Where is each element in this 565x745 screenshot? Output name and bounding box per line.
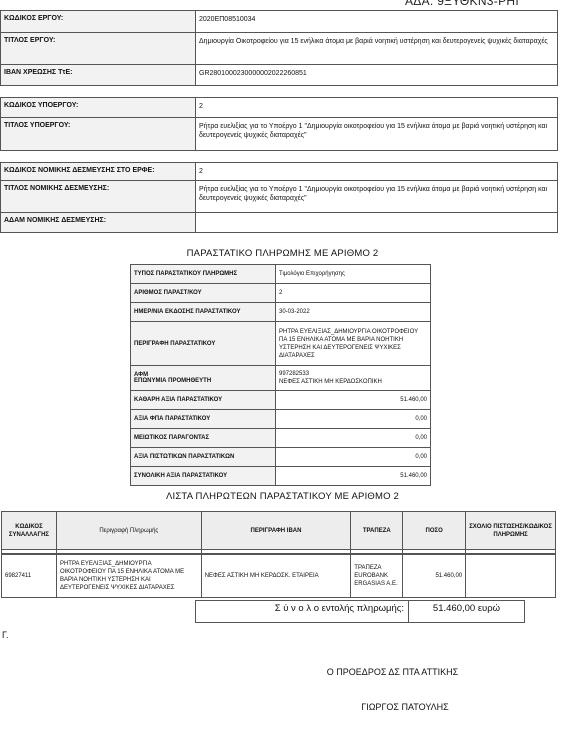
col-transaction-code: ΚΩΔΙΚΟΣ ΣΥΝΑΛΛΑΓΗΣ xyxy=(2,512,57,550)
reduction-label: ΜΕΙΩΤΙΚΟΣ ΠΑΡΑΓΟΝΤΑΣ xyxy=(131,429,276,448)
total-value-label: ΣΥΝΟΛΙΚΗ ΑΞΙΑ ΠΑΡΑΣΤΑΤΙΚΟΥ xyxy=(131,467,276,486)
payment-order-total-table: Σ ύ ν ο λ ο εντολής πληρωμής: 51.460,00 … xyxy=(195,600,525,623)
doc-type-value: Τιμολόγιο Επιχορήγησης xyxy=(276,265,431,284)
payment-doc-table: ΤΥΠΟΣ ΠΑΡΑΣΤΑΤΙΚΟΥ ΠΛΗΡΩΜΗΣ Τιμολόγιο Επ… xyxy=(130,264,431,486)
vat-value: 0,00 xyxy=(276,410,431,429)
vat-label: ΑΞΙΑ ΦΠΑ ΠΑΡΑΣΤΑΤΙΚΟΥ xyxy=(131,410,276,429)
project-title-label: ΤΙΤΛΟΣ ΕΡΓΟΥ: xyxy=(1,33,196,65)
credit-notes-label: ΑΞΙΑ ΠΙΣΤΩΤΙΚΩΝ ΠΑΡΑΣΤΑΤΙΚΩΝ xyxy=(131,448,276,467)
doc-description-label: ΠΕΡΙΓΡΑΦΗ ΠΑΡΑΣΤΑΤΙΚΟΥ xyxy=(131,322,276,366)
commitment-code-label: ΚΩΔΙΚΟΣ ΝΟΜΙΚΗΣ ΔΕΣΜΕΥΣΗΣ ΣΤΟ ΕΡΦΕ: xyxy=(1,163,196,181)
net-value: 51.460,00 xyxy=(276,391,431,410)
doc-description-value: ΡΗΤΡΑ ΕΥΕΛΙΞΙΑΣ_ΔΗΜΙΟΥΡΓΙΑ ΟΙΚΟΤΡΟΦΕΙΟΥ … xyxy=(276,322,431,366)
iban-description: ΝΕΦΕΣ ΑΣΤΙΚΗ ΜΗ ΚΕΡΔΟΣΚ. ΕΤΑΙΡΕΙΑ xyxy=(201,554,351,598)
table-row: ΑΞΙΑ ΠΙΣΤΩΤΙΚΩΝ ΠΑΡΑΣΤΑΤΙΚΩΝ 0,00 xyxy=(131,448,431,467)
order-total-label: Σ ύ ν ο λ ο εντολής πληρωμής: xyxy=(196,601,409,623)
credit-notes-value: 0,00 xyxy=(276,448,431,467)
supplier-name-label: ΕΠΩΝΥΜΙΑ ΠΡΟΜΗΘΕΥΤΗ xyxy=(134,378,272,384)
supplier-name-value: ΝΕΦΕΣ ΑΣΤΙΚΗ ΜΗ ΚΕΡΔΟΣΚΟΠΙΚΗ xyxy=(279,378,427,386)
table-row: ΤΙΤΛΟΣ ΝΟΜΙΚΗΣ ΔΕΣΜΕΥΣΗΣ: Ρήτρα ευελιξία… xyxy=(1,181,558,213)
table-row: ΑΔΑΜ ΝΟΜΙΚΗΣ ΔΕΣΜΕΥΣΗΣ: xyxy=(1,213,558,233)
commitment-adam-value xyxy=(196,213,558,233)
order-total-value: 51.460,00 ευρώ xyxy=(409,601,525,623)
net-value-label: ΚΑΘΑΡΗ ΑΞΙΑ ΠΑΡΑΣΤΑΤΙΚΟΥ xyxy=(131,391,276,410)
ada-code: ΑΔΑ: 9ΞΥΘΚΝ3-ΡΗΙ xyxy=(405,0,519,8)
subproject-title-value: Ρήτρα ευελιξίας για το Υποέργο 1 "Δημιου… xyxy=(196,118,558,151)
iban-value: GR2801000230000002022260851 xyxy=(196,65,558,86)
col-payment-description: Περιγραφή Πληρωμής xyxy=(56,512,201,550)
commitment-adam-label: ΑΔΑΜ ΝΟΜΙΚΗΣ ΔΕΣΜΕΥΣΗΣ: xyxy=(1,213,196,233)
table-row: ΤΥΠΟΣ ΠΑΡΑΣΤΑΤΙΚΟΥ ΠΛΗΡΩΜΗΣ Τιμολόγιο Επ… xyxy=(131,265,431,284)
subproject-info-table: ΚΩΔΙΚΟΣ ΥΠΟΕΡΓΟΥ: 2 ΤΙΤΛΟΣ ΥΠΟΕΡΓΟΥ: Ρήτ… xyxy=(0,97,558,151)
table-row: ΙΒΑΝ ΧΡΕΩΣΗΣ ΤτΕ: GR28010002300000020222… xyxy=(1,65,558,86)
table-row: ΚΩΔΙΚΟΣ ΥΠΟΕΡΓΟΥ: 2 xyxy=(1,98,558,118)
subproject-title-label: ΤΙΤΛΟΣ ΥΠΟΕΡΓΟΥ: xyxy=(1,118,196,151)
payment-description: ΡΗΤΡΑ ΕΥΕΛΙΞΙΑΣ_ΔΗΜΙΟΥΡΓΙΑ ΟΙΚΟΤΡΟΦΕΙΟΥ … xyxy=(56,554,201,598)
transaction-code: 69827411 xyxy=(2,554,57,598)
table-header-row: ΚΩΔΙΚΟΣ ΣΥΝΑΛΛΑΓΗΣ Περιγραφή Πληρωμής ΠΕ… xyxy=(2,512,556,550)
total-value: 51.460,00 xyxy=(276,467,431,486)
afm-value: 997282533 xyxy=(279,370,427,378)
table-row: ΚΩΔΙΚΟΣ ΝΟΜΙΚΗΣ ΔΕΣΜΕΥΣΗΣ ΣΤΟ ΕΡΦΕ: 2 xyxy=(1,163,558,181)
doc-date-label: ΗΜΕΡ/ΝΙΑ ΕΚΔΟΣΗΣ ΠΑΡΑΣΤΑΤΙΚΟΥ xyxy=(131,303,276,322)
doc-date-value: 30-03-2022 xyxy=(276,303,431,322)
table-row: ΑΡΙΘΜΟΣ ΠΑΡΑΣΤ/ΚΟΥ 2 xyxy=(131,284,431,303)
supplier-label: ΑΦΜ ΕΠΩΝΥΜΙΑ ΠΡΟΜΗΘΕΥΤΗ xyxy=(131,366,276,391)
table-row: ΜΕΙΩΤΙΚΟΣ ΠΑΡΑΓΟΝΤΑΣ 0,00 xyxy=(131,429,431,448)
commitment-title-value: Ρήτρα ευελιξίας για το Υποέργο 1 "Δημιου… xyxy=(196,181,558,213)
subproject-code-label: ΚΩΔΙΚΟΣ ΥΠΟΕΡΓΟΥ: xyxy=(1,98,196,118)
project-code-label: ΚΩΔΙΚΟΣ ΕΡΓΟΥ: xyxy=(1,11,196,33)
col-comment: ΣΧΟΛΙΟ ΠΙΣΤΩΣΗΣ/ΚΩΔΙΚΟΣ ΠΛΗΡΩΜΗΣ xyxy=(466,512,556,550)
commitment-code-value: 2 xyxy=(196,163,558,181)
commitment-title-label: ΤΙΤΛΟΣ ΝΟΜΙΚΗΣ ΔΕΣΜΕΥΣΗΣ: xyxy=(1,181,196,213)
table-row: ΗΜΕΡ/ΝΙΑ ΕΚΔΟΣΗΣ ΠΑΡΑΣΤΑΤΙΚΟΥ 30-03-2022 xyxy=(131,303,431,322)
signatory-name: ΓΙΩΡΓΟΣ ΠΑΤΟΥΛΗΣ xyxy=(295,702,515,712)
supplier-value: 997282533 ΝΕΦΕΣ ΑΣΤΙΚΗ ΜΗ ΚΕΡΔΟΣΚΟΠΙΚΗ xyxy=(276,366,431,391)
bank-name: ΤΡΑΠΕΖΑ EUROBANK ERGASIAS A.E. xyxy=(351,554,403,598)
table-row: ΤΙΤΛΟΣ ΥΠΟΕΡΓΟΥ: Ρήτρα ευελιξίας για το … xyxy=(1,118,558,151)
doc-type-label: ΤΥΠΟΣ ΠΑΡΑΣΤΑΤΙΚΟΥ ΠΛΗΡΩΜΗΣ xyxy=(131,265,276,284)
table-row: ΣΥΝΟΛΙΚΗ ΑΞΙΑ ΠΑΡΑΣΤΑΤΙΚΟΥ 51.460,00 xyxy=(131,467,431,486)
project-code-value: 2020ΕΠ08510034 xyxy=(196,11,558,33)
col-bank: ΤΡΑΠΕΖΑ xyxy=(351,512,403,550)
payment-amount: 51.460,00 xyxy=(403,554,466,598)
table-row: ΤΙΤΛΟΣ ΕΡΓΟΥ: Δημιουργία Οικοτροφείου γι… xyxy=(1,33,558,65)
signatory-title: Ο ΠΡΟΕΔΡΟΣ ΔΣ ΠΤΑ ΑΤΤΙΚΗΣ xyxy=(280,667,505,677)
col-iban-description: ΠΕΡΙΓΡΑΦΗ IBAN xyxy=(201,512,351,550)
payment-comment xyxy=(466,554,556,598)
project-title-value: Δημιουργία Οικοτροφείου για 15 ενήλικα ά… xyxy=(196,33,558,65)
payees-heading: ΛΙΣΤΑ ΠΛΗΡΩΤΕΩΝ ΠΑΡΑΣΤΑΤΙΚΟΥ ΜΕ ΑΡΙΘΜΟ 2 xyxy=(0,491,565,502)
table-row: Σ ύ ν ο λ ο εντολής πληρωμής: 51.460,00 … xyxy=(196,601,525,623)
gamma-marker: Γ. xyxy=(2,630,8,640)
table-row: ΚΩΔΙΚΟΣ ΕΡΓΟΥ: 2020ΕΠ08510034 xyxy=(1,11,558,33)
table-row: ΑΞΙΑ ΦΠΑ ΠΑΡΑΣΤΑΤΙΚΟΥ 0,00 xyxy=(131,410,431,429)
table-row: ΠΕΡΙΓΡΑΦΗ ΠΑΡΑΣΤΑΤΙΚΟΥ ΡΗΤΡΑ ΕΥΕΛΙΞΙΑΣ_Δ… xyxy=(131,322,431,366)
table-row: ΚΑΘΑΡΗ ΑΞΙΑ ΠΑΡΑΣΤΑΤΙΚΟΥ 51.460,00 xyxy=(131,391,431,410)
reduction-value: 0,00 xyxy=(276,429,431,448)
doc-number-value: 2 xyxy=(276,284,431,303)
table-row: 69827411 ΡΗΤΡΑ ΕΥΕΛΙΞΙΑΣ_ΔΗΜΙΟΥΡΓΙΑ ΟΙΚΟ… xyxy=(2,554,556,598)
subproject-code-value: 2 xyxy=(196,98,558,118)
payees-table: ΚΩΔΙΚΟΣ ΣΥΝΑΛΛΑΓΗΣ Περιγραφή Πληρωμής ΠΕ… xyxy=(1,511,556,598)
iban-label: ΙΒΑΝ ΧΡΕΩΣΗΣ ΤτΕ: xyxy=(1,65,196,86)
payment-doc-heading: ΠΑΡΑΣΤΑΤΙΚΟ ΠΛΗΡΩΜΗΣ ΜΕ ΑΡΙΘΜΟ 2 xyxy=(0,248,565,259)
project-info-table: ΚΩΔΙΚΟΣ ΕΡΓΟΥ: 2020ΕΠ08510034 ΤΙΤΛΟΣ ΕΡΓ… xyxy=(0,10,558,86)
col-amount: ΠΟΣΟ xyxy=(403,512,466,550)
table-row: ΑΦΜ ΕΠΩΝΥΜΙΑ ΠΡΟΜΗΘΕΥΤΗ 997282533 ΝΕΦΕΣ … xyxy=(131,366,431,391)
legal-commitment-table: ΚΩΔΙΚΟΣ ΝΟΜΙΚΗΣ ΔΕΣΜΕΥΣΗΣ ΣΤΟ ΕΡΦΕ: 2 ΤΙ… xyxy=(0,162,558,233)
doc-number-label: ΑΡΙΘΜΟΣ ΠΑΡΑΣΤ/ΚΟΥ xyxy=(131,284,276,303)
